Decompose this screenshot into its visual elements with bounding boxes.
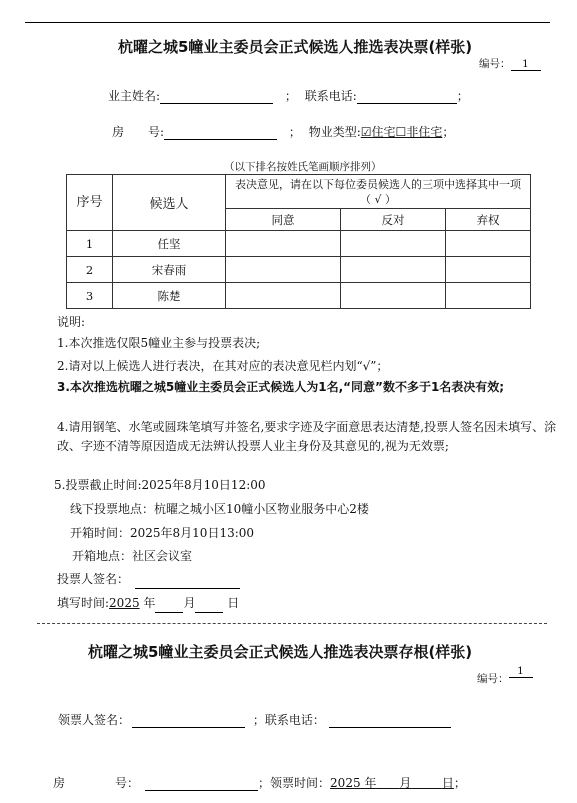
oppose-cell[interactable] <box>341 231 446 257</box>
header-oppose: 反对 <box>341 209 446 231</box>
property-type-label: 物业类型: <box>309 125 361 139</box>
note-5: 5.投票截止时间:2025年8月10日12:00 <box>54 476 266 495</box>
phone-field[interactable] <box>357 90 457 104</box>
stub-room-row: 房号：；领票时间：2025 年 月 日； <box>53 774 466 791</box>
owner-name-label: 业主姓名: <box>108 89 160 103</box>
note-3: 3.本次推选杭曜之城5幢业主委员会正式候选人为1名,“同意”数不多于1名表决有效… <box>57 378 567 397</box>
abstain-cell[interactable] <box>446 231 531 257</box>
stub-year-unit: 年 <box>364 776 376 790</box>
note-4: 4.请用钢笔、水笔或圆珠笔填写并签名,要求字迹及字面意思表达清楚,投票人签名因未… <box>57 418 567 456</box>
stub-year: 2025 <box>330 776 361 790</box>
table-row: 2 宋春雨 <box>67 257 531 283</box>
checkbox-checked-icon[interactable]: ☑ <box>361 125 372 139</box>
ballot-number-value: 1 <box>511 58 541 71</box>
table-caption: （以下排名按姓氏笔画顺序排列） <box>224 159 382 174</box>
table-row: 1 任坚 <box>67 231 531 257</box>
separator: ； <box>285 89 297 103</box>
stub-title: 杭曜之城5幢业主委员会正式候选人推选表决票存根(样张) <box>88 641 472 662</box>
candidate-vote-table: 序号 候选人 表决意见，请在以下每位委员候选人的三项中选择其中一项（ √ ） 同… <box>66 174 531 309</box>
agree-cell[interactable] <box>226 231 341 257</box>
separator: ； <box>289 125 301 139</box>
abstain-cell[interactable] <box>446 283 531 309</box>
stub-number-value: 1 <box>509 665 533 678</box>
offline-location: 线下投票地点：杭曜之城小区10幢小区物业服务中心2楼 <box>70 500 369 519</box>
ballot-title: 杭曜之城5幢业主委员会正式候选人推选表决票(样张) <box>118 36 472 57</box>
room-info-row: 房 号: ； 物业类型:☑住宅☐非住宅； <box>112 123 454 140</box>
stub-day-unit: 日 <box>442 776 454 790</box>
separator: ； <box>457 89 469 103</box>
header-abstain: 弃权 <box>446 209 531 231</box>
open-location: 开箱地点：社区会议室 <box>72 547 192 566</box>
stub-number-label: 编号： <box>477 673 509 685</box>
owner-name-field[interactable] <box>160 90 273 104</box>
voter-sign-field[interactable] <box>135 575 240 589</box>
phone-label: 联系电话: <box>305 89 357 103</box>
header-agree: 同意 <box>226 209 341 231</box>
fill-time-label: 填写时间: <box>57 596 109 610</box>
header-candidate: 候选人 <box>113 175 226 231</box>
checkbox-empty-icon[interactable]: ☐ <box>396 125 407 139</box>
month-unit: 月 <box>183 596 195 610</box>
voter-sign-row: 投票人签名： <box>57 570 240 589</box>
stub-phone-label: ；联系电话： <box>253 713 325 727</box>
separator: ； <box>442 125 454 139</box>
table-row: 3 陈楚 <box>67 283 531 309</box>
fill-year[interactable]: 2025 <box>109 596 140 610</box>
note-1: 1.本次推选仅限5幢业主参与投票表决; <box>57 334 260 353</box>
header-index: 序号 <box>67 175 113 231</box>
owner-info-row: 业主姓名: ； 联系电话:； <box>108 87 469 104</box>
top-rule <box>25 22 550 23</box>
agree-cell[interactable] <box>226 283 341 309</box>
header-opinion: 表决意见，请在以下每位委员候选人的三项中选择其中一项（ √ ） <box>226 175 531 209</box>
day-unit: 日 <box>227 596 239 610</box>
receiver-sign-label: 领票人签名： <box>58 713 130 727</box>
voter-sign-label: 投票人签名： <box>57 572 129 586</box>
oppose-cell[interactable] <box>341 283 446 309</box>
receiver-sign-field[interactable] <box>132 714 245 728</box>
stub-phone-field[interactable] <box>329 714 451 728</box>
ballot-number-label: 编号： <box>479 58 511 70</box>
row-candidate: 宋春雨 <box>113 257 226 283</box>
open-time: 开箱时间：2025年8月10日13:00 <box>70 524 254 543</box>
agree-cell[interactable] <box>226 257 341 283</box>
notes-title: 说明: <box>57 313 85 332</box>
stub-room-label-a: 房 <box>53 776 65 790</box>
stub-receiver-row: 领票人签名： ；联系电话： <box>58 711 451 728</box>
stub-receive-date[interactable]: 2025 年 月 日 <box>330 776 454 790</box>
stub-number: 编号：1 <box>477 671 533 686</box>
row-index: 1 <box>67 231 113 257</box>
stub-room-label-b: 号： <box>115 776 139 790</box>
year-unit: 年 <box>143 596 155 610</box>
stub-end: ； <box>454 776 466 790</box>
fill-day-field[interactable] <box>195 599 223 613</box>
row-index: 2 <box>67 257 113 283</box>
ballot-number: 编号：1 <box>479 56 541 71</box>
cut-line <box>37 623 547 624</box>
abstain-cell[interactable] <box>446 257 531 283</box>
stub-room-field[interactable] <box>145 777 258 791</box>
stub-month-unit: 月 <box>399 776 411 790</box>
option-residential: 住宅 <box>372 125 396 139</box>
row-index: 3 <box>67 283 113 309</box>
row-candidate: 任坚 <box>113 231 226 257</box>
note-2: 2.请对以上候选人进行表决，在其对应的表决意见栏内划“√”； <box>57 357 388 376</box>
row-candidate: 陈楚 <box>113 283 226 309</box>
room-field[interactable] <box>164 126 277 140</box>
room-label: 房 号: <box>112 125 164 139</box>
property-type-options: ☑住宅☐非住宅 <box>361 125 443 139</box>
fill-time-row: 填写时间:2025 年月 日 <box>57 594 239 613</box>
stub-receive-time-label: ；领票时间： <box>258 776 330 790</box>
oppose-cell[interactable] <box>341 257 446 283</box>
option-non-residential: 非住宅 <box>406 125 442 139</box>
fill-month-field[interactable] <box>155 599 183 613</box>
